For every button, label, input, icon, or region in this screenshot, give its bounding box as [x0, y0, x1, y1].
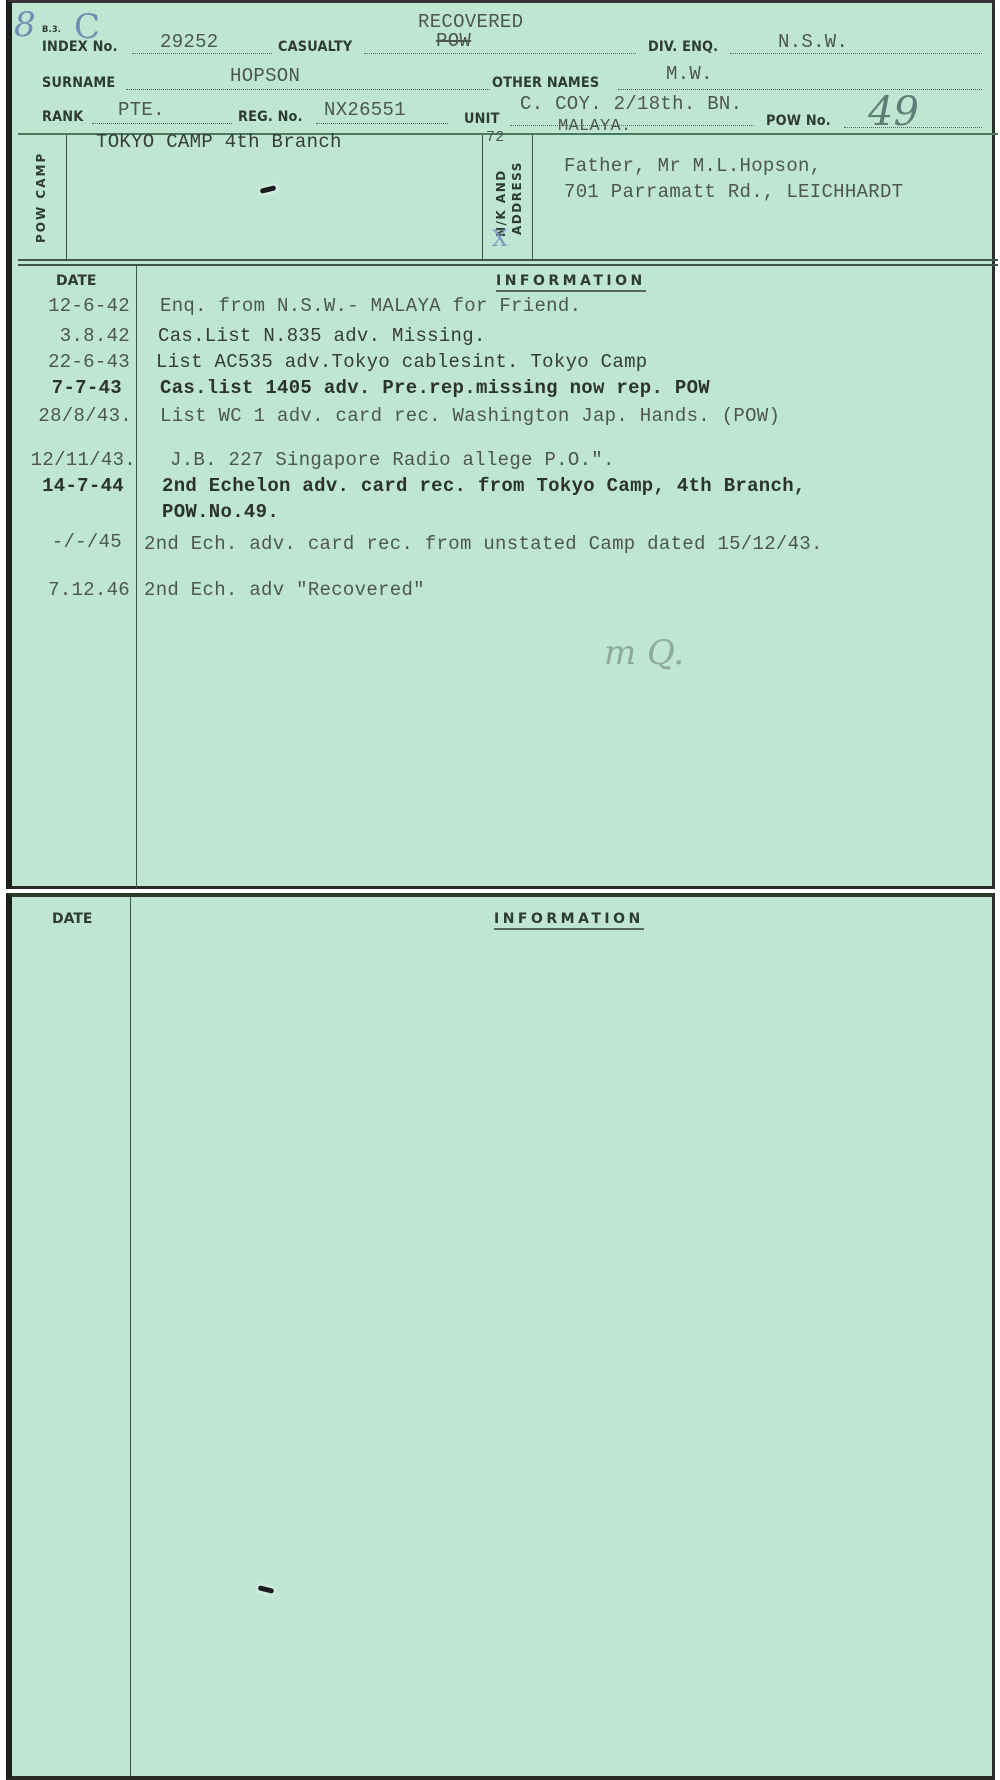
information-column-header: INFORMATION — [496, 273, 646, 292]
entry-date: 12/11/43. — [18, 449, 136, 471]
entry-text: 2nd Echelon adv. card rec. from Tokyo Ca… — [162, 475, 806, 497]
other-names-label: OTHER NAMES — [492, 75, 599, 91]
record-card-back: DATE INFORMATION — [6, 893, 995, 1780]
ink-blot — [258, 1585, 275, 1594]
div-enq-label: DIV. ENQ. — [648, 39, 718, 55]
nk-code: 72 — [486, 129, 505, 146]
entry-text: Cas.List N.835 adv. Missing. — [158, 325, 486, 347]
entry-date: -/-/45 — [4, 531, 122, 553]
handwritten-initials: m Q. — [604, 633, 684, 673]
nk-check-mark: X — [492, 227, 508, 252]
entry-date: 22-6-43 — [12, 351, 130, 373]
entry-date: 28/8/43. — [14, 405, 132, 427]
nk-column-right-rule — [532, 135, 533, 259]
pow-camp-label: POW CAMP — [34, 152, 48, 243]
entry-date: 7-7-43 — [4, 377, 122, 399]
pow-camp-value: TOKYO CAMP 4th Branch — [96, 131, 342, 153]
entry-date: 7.12.46 — [12, 579, 130, 601]
other-names-value: M.W. — [666, 63, 713, 85]
entry-text: 2nd Ech. adv. card rec. from unstated Ca… — [144, 533, 823, 555]
entry-date: 3.8.42 — [12, 325, 130, 347]
entry-text-continued: POW.No.49. — [162, 501, 279, 523]
unit-value-line1: C. COY. 2/18th. BN. — [520, 93, 742, 115]
nk-address-line1: Father, Mr M.L.Hopson, — [564, 155, 821, 177]
surname-value: HOPSON — [230, 65, 300, 87]
date-column-header: DATE — [52, 911, 92, 927]
ink-blot — [260, 185, 277, 194]
nk-column-left-rule — [482, 135, 483, 259]
entry-date: 14-7-44 — [6, 475, 124, 497]
entry-text: Enq. from N.S.W.- MALAYA for Friend. — [160, 295, 581, 317]
reg-no-value: NX26551 — [324, 99, 406, 121]
entry-text: Cas.list 1405 adv. Pre.rep.missing now r… — [160, 377, 710, 399]
entry-text: List WC 1 adv. card rec. Washington Jap.… — [160, 405, 780, 427]
pow-no-value: 49 — [868, 89, 919, 135]
corner-scribble: 8 — [14, 5, 36, 45]
nk-label-line2: ADDRESS — [510, 161, 524, 235]
rank-value: PTE. — [118, 99, 165, 121]
pow-no-label: POW No. — [766, 113, 831, 129]
double-rule-bottom — [18, 264, 998, 266]
surname-label: SURNAME — [42, 75, 115, 91]
date-column-header: DATE — [56, 273, 96, 289]
entry-text: J.B. 227 Singapore Radio allege P.O.". — [170, 449, 615, 471]
nk-address-line2: 701 Parramatt Rd., LEICHHARDT — [564, 181, 903, 203]
double-rule-top — [18, 259, 998, 261]
index-no-value: 29252 — [160, 31, 219, 53]
record-card-front: 8 B.3. C INDEX No. 29252 CASUALTY RECOVE… — [6, 0, 995, 889]
reg-no-label: REG. No. — [238, 109, 303, 125]
pow-camp-column-rule — [66, 135, 67, 259]
casualty-struck-value: POW — [436, 30, 471, 52]
date-column-rule — [136, 266, 137, 889]
casualty-label: CASUALTY — [278, 39, 352, 55]
entry-text: List AC535 adv.Tokyo cablesint. Tokyo Ca… — [156, 351, 647, 373]
date-column-rule — [130, 897, 131, 1777]
information-column-header: INFORMATION — [494, 911, 644, 930]
entry-date: 12-6-42 — [12, 295, 130, 317]
unit-label: UNIT — [464, 111, 500, 127]
form-code: B.3. — [42, 25, 61, 35]
entry-text: 2nd Ech. adv "Recovered" — [144, 579, 425, 601]
rank-label: RANK — [42, 109, 83, 125]
index-no-label: INDEX No. — [42, 39, 118, 55]
div-enq-value: N.S.W. — [778, 31, 848, 53]
